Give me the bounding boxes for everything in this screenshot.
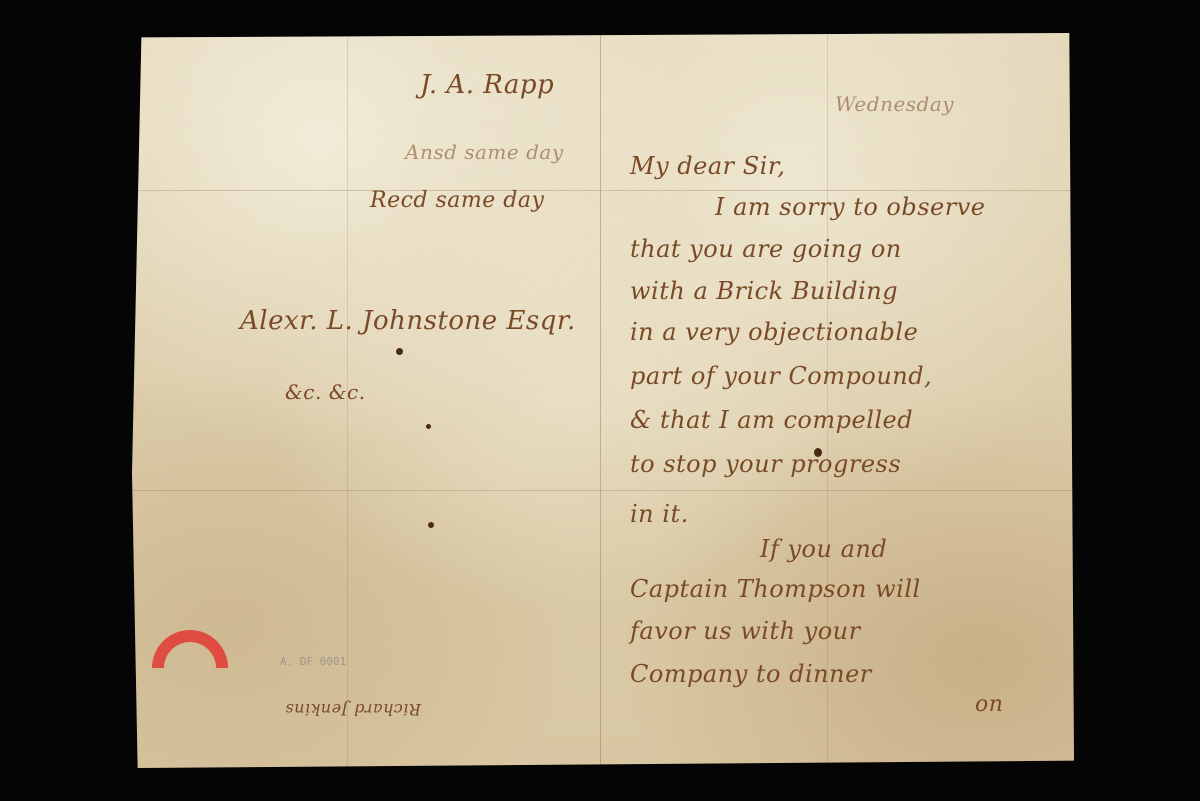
catalog-mark: A. DF 0001 <box>280 655 346 668</box>
letter-line: part of your Compound, <box>630 362 932 390</box>
letter-line: Company to dinner <box>630 660 872 688</box>
letter-line: favor us with your <box>630 617 861 645</box>
inverted-signature: Richard Jenkins <box>285 700 421 719</box>
letter-line: & that I am compelled <box>630 406 913 434</box>
ink-spot <box>814 448 822 457</box>
letter-line: to stop your progress <box>630 450 901 478</box>
ink-spot <box>396 348 403 355</box>
letter-line: If you and <box>760 535 887 563</box>
letter-line: with a Brick Building <box>630 277 898 305</box>
letter-line: in it. <box>630 500 689 528</box>
fold-line <box>132 490 1074 491</box>
letter-line: I am sorry to observe <box>715 193 986 221</box>
ink-spot <box>426 424 431 429</box>
letter-sheet <box>132 30 1074 768</box>
address-name: Alexr. L. Johnstone Esqr. <box>240 306 576 336</box>
docket-name: J. A. Rapp <box>420 70 554 100</box>
dateline: Wednesday <box>835 92 954 116</box>
letter-line: in a very objectionable <box>630 318 918 346</box>
salutation: My dear Sir, <box>630 152 785 180</box>
ink-spot <box>428 522 434 528</box>
fold-line <box>132 190 1074 191</box>
center-fold <box>600 30 601 768</box>
docket-answered: Ansd same day <box>405 140 564 164</box>
address-etc: &c. &c. <box>285 380 366 404</box>
letter-line: on <box>975 692 1003 717</box>
letter-line: Captain Thompson will <box>630 575 921 603</box>
fold-line <box>827 30 828 768</box>
letter-line: that you are going on <box>630 235 902 263</box>
docket-received: Recd same day <box>370 188 544 213</box>
